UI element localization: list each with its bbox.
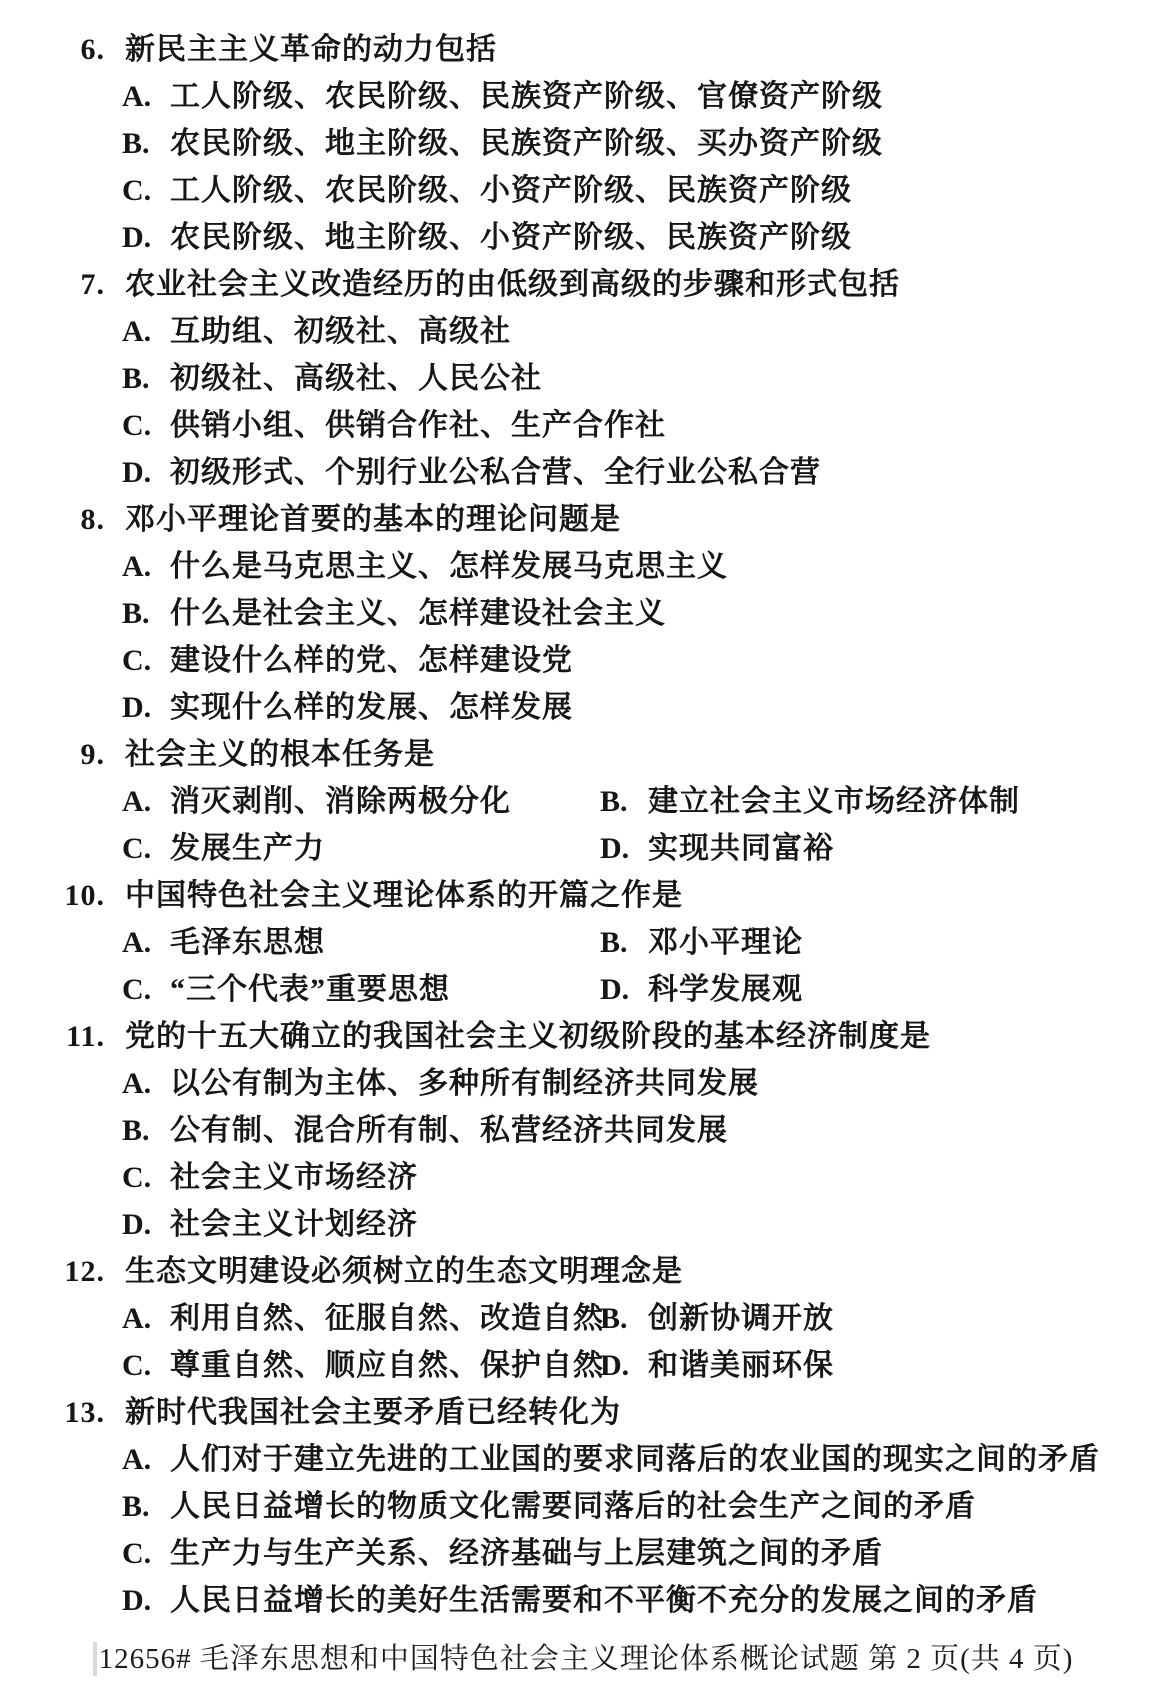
question-head-9: 9.社会主义的根本任务是	[0, 731, 1172, 778]
option-row: D.初级形式、个别行业公私合营、全行业公私合营	[0, 449, 1172, 496]
option-text: 人们对于建立先进的工业国的要求同落后的农业国的现实之间的矛盾	[170, 1443, 1100, 1476]
option-text: 创新协调开放	[648, 1302, 834, 1335]
option-label: D.	[122, 449, 156, 496]
option-row: C.社会主义市场经济	[0, 1154, 1172, 1201]
option-row: B.公有制、混合所有制、私营经济共同发展	[0, 1107, 1172, 1154]
question-10: 10.中国特色社会主义理论体系的开篇之作是A.毛泽东思想B.邓小平理论C.“三个…	[0, 872, 1172, 1013]
question-number: 9.	[40, 731, 105, 778]
option-10-C: C.“三个代表”重要思想	[122, 966, 600, 1013]
option-7-D: D.初级形式、个别行业公私合营、全行业公私合营	[122, 449, 821, 496]
option-label: D.	[122, 214, 156, 261]
page-footer: 12656# 毛泽东思想和中国特色社会主义理论体系概论试题 第 2 页(共 4 …	[0, 1636, 1172, 1677]
option-row: D.实现什么样的发展、怎样发展	[0, 684, 1172, 731]
option-6-C: C.工人阶级、农民阶级、小资产阶级、民族资产阶级	[122, 167, 852, 214]
option-text: 生产力与生产关系、经济基础与上层建筑之间的矛盾	[170, 1537, 883, 1570]
option-text: 建设什么样的党、怎样建设党	[170, 644, 573, 677]
question-head-6: 6.新民主主义革命的动力包括	[0, 26, 1172, 73]
option-row: C.供销小组、供销合作社、生产合作社	[0, 402, 1172, 449]
question-stem: 新民主主义革命的动力包括	[125, 33, 497, 66]
option-11-B: B.公有制、混合所有制、私营经济共同发展	[122, 1107, 728, 1154]
option-text: 什么是社会主义、怎样建设社会主义	[170, 597, 666, 630]
option-row: A.毛泽东思想B.邓小平理论	[0, 919, 1172, 966]
option-label: D.	[122, 1201, 156, 1248]
option-row: D.农民阶级、地主阶级、小资产阶级、民族资产阶级	[0, 214, 1172, 261]
option-10-D: D.科学发展观	[600, 966, 803, 1013]
footer-text: 12656# 毛泽东思想和中国特色社会主义理论体系概论试题 第 2 页(共 4 …	[99, 1643, 1074, 1675]
option-label: B.	[600, 1295, 634, 1342]
option-row: C.工人阶级、农民阶级、小资产阶级、民族资产阶级	[0, 167, 1172, 214]
option-label: C.	[122, 637, 156, 684]
option-text: 毛泽东思想	[170, 926, 325, 959]
question-number: 7.	[40, 261, 105, 308]
option-row: B.初级社、高级社、人民公社	[0, 355, 1172, 402]
option-text: 初级社、高级社、人民公社	[170, 362, 542, 395]
question-7: 7.农业社会主义改造经历的由低级到高级的步骤和形式包括A.互助组、初级社、高级社…	[0, 261, 1172, 496]
option-12-C: C.尊重自然、顺应自然、保护自然	[122, 1342, 600, 1389]
option-text: “三个代表”重要思想	[170, 973, 450, 1006]
option-text: 人民日益增长的美好生活需要和不平衡不充分的发展之间的矛盾	[170, 1584, 1038, 1617]
option-text: 尊重自然、顺应自然、保护自然	[170, 1349, 604, 1382]
option-13-A: A.人们对于建立先进的工业国的要求同落后的农业国的现实之间的矛盾	[122, 1436, 1100, 1483]
question-number: 8.	[40, 496, 105, 543]
option-text: 实现共同富裕	[648, 832, 834, 865]
option-label: A.	[122, 919, 156, 966]
option-label: B.	[600, 919, 634, 966]
option-label: A.	[122, 778, 156, 825]
option-11-C: C.社会主义市场经济	[122, 1154, 418, 1201]
scan-artifact	[93, 1642, 97, 1676]
option-label: B.	[122, 120, 156, 167]
option-label: C.	[122, 966, 156, 1013]
option-label: D.	[600, 825, 634, 872]
option-13-B: B.人民日益增长的物质文化需要同落后的社会生产之间的矛盾	[122, 1483, 976, 1530]
option-text: 农民阶级、地主阶级、民族资产阶级、买办资产阶级	[170, 127, 883, 160]
option-text: 利用自然、征服自然、改造自然	[170, 1302, 604, 1335]
option-label: C.	[122, 1530, 156, 1577]
option-text: 社会主义市场经济	[170, 1161, 418, 1194]
option-6-A: A.工人阶级、农民阶级、民族资产阶级、官僚资产阶级	[122, 73, 883, 120]
option-13-C: C.生产力与生产关系、经济基础与上层建筑之间的矛盾	[122, 1530, 883, 1577]
option-9-D: D.实现共同富裕	[600, 825, 834, 872]
question-head-12: 12.生态文明建设必须树立的生态文明理念是	[0, 1248, 1172, 1295]
option-row: A.利用自然、征服自然、改造自然B.创新协调开放	[0, 1295, 1172, 1342]
question-number: 11.	[40, 1013, 105, 1060]
option-text: 社会主义计划经济	[170, 1208, 418, 1241]
option-label: A.	[122, 543, 156, 590]
option-label: C.	[122, 825, 156, 872]
question-stem: 中国特色社会主义理论体系的开篇之作是	[125, 879, 683, 912]
question-stem: 社会主义的根本任务是	[125, 738, 435, 771]
option-8-A: A.什么是马克思主义、怎样发展马克思主义	[122, 543, 728, 590]
question-13: 13.新时代我国社会主要矛盾已经转化为A.人们对于建立先进的工业国的要求同落后的…	[0, 1389, 1172, 1624]
option-text: 初级形式、个别行业公私合营、全行业公私合营	[170, 456, 821, 489]
option-row: C.尊重自然、顺应自然、保护自然D.和谐美丽环保	[0, 1342, 1172, 1389]
question-9: 9.社会主义的根本任务是A.消灭剥削、消除两极分化B.建立社会主义市场经济体制C…	[0, 731, 1172, 872]
option-text: 公有制、混合所有制、私营经济共同发展	[170, 1114, 728, 1147]
question-stem: 党的十五大确立的我国社会主义初级阶段的基本经济制度是	[125, 1020, 931, 1053]
option-12-B: B.创新协调开放	[600, 1295, 834, 1342]
option-label: B.	[122, 1107, 156, 1154]
option-label: D.	[122, 684, 156, 731]
option-label: D.	[600, 1342, 634, 1389]
option-row: A.人们对于建立先进的工业国的要求同落后的农业国的现实之间的矛盾	[0, 1436, 1172, 1483]
option-text: 发展生产力	[170, 832, 325, 865]
option-row: C.建设什么样的党、怎样建设党	[0, 637, 1172, 684]
option-9-B: B.建立社会主义市场经济体制	[600, 778, 1020, 825]
option-7-B: B.初级社、高级社、人民公社	[122, 355, 542, 402]
option-row: D.人民日益增长的美好生活需要和不平衡不充分的发展之间的矛盾	[0, 1577, 1172, 1624]
question-stem: 生态文明建设必须树立的生态文明理念是	[125, 1255, 683, 1288]
question-head-8: 8.邓小平理论首要的基本的理论问题是	[0, 496, 1172, 543]
option-row: A.工人阶级、农民阶级、民族资产阶级、官僚资产阶级	[0, 73, 1172, 120]
option-12-D: D.和谐美丽环保	[600, 1342, 834, 1389]
option-7-A: A.互助组、初级社、高级社	[122, 308, 511, 355]
option-row: C.发展生产力D.实现共同富裕	[0, 825, 1172, 872]
option-10-A: A.毛泽东思想	[122, 919, 600, 966]
option-label: B.	[122, 355, 156, 402]
option-label: C.	[122, 1154, 156, 1201]
option-label: C.	[122, 167, 156, 214]
question-list: 6.新民主主义革命的动力包括A.工人阶级、农民阶级、民族资产阶级、官僚资产阶级B…	[0, 0, 1172, 1624]
option-row: A.消灭剥削、消除两极分化B.建立社会主义市场经济体制	[0, 778, 1172, 825]
question-number: 6.	[40, 26, 105, 73]
question-head-11: 11.党的十五大确立的我国社会主义初级阶段的基本经济制度是	[0, 1013, 1172, 1060]
option-11-A: A.以公有制为主体、多种所有制经济共同发展	[122, 1060, 759, 1107]
question-head-7: 7.农业社会主义改造经历的由低级到高级的步骤和形式包括	[0, 261, 1172, 308]
question-stem: 农业社会主义改造经历的由低级到高级的步骤和形式包括	[125, 268, 900, 301]
option-6-B: B.农民阶级、地主阶级、民族资产阶级、买办资产阶级	[122, 120, 883, 167]
option-text: 以公有制为主体、多种所有制经济共同发展	[170, 1067, 759, 1100]
question-8: 8.邓小平理论首要的基本的理论问题是A.什么是马克思主义、怎样发展马克思主义B.…	[0, 496, 1172, 731]
option-label: A.	[122, 1060, 156, 1107]
option-label: D.	[600, 966, 634, 1013]
option-13-D: D.人民日益增长的美好生活需要和不平衡不充分的发展之间的矛盾	[122, 1577, 1038, 1624]
option-text: 互助组、初级社、高级社	[170, 315, 511, 348]
option-text: 工人阶级、农民阶级、民族资产阶级、官僚资产阶级	[170, 80, 883, 113]
option-label: C.	[122, 402, 156, 449]
option-8-C: C.建设什么样的党、怎样建设党	[122, 637, 573, 684]
option-text: 和谐美丽环保	[648, 1349, 834, 1382]
option-text: 工人阶级、农民阶级、小资产阶级、民族资产阶级	[170, 174, 852, 207]
option-text: 科学发展观	[648, 973, 803, 1006]
question-12: 12.生态文明建设必须树立的生态文明理念是A.利用自然、征服自然、改造自然B.创…	[0, 1248, 1172, 1389]
option-12-A: A.利用自然、征服自然、改造自然	[122, 1295, 600, 1342]
exam-page: 6.新民主主义革命的动力包括A.工人阶级、农民阶级、民族资产阶级、官僚资产阶级B…	[0, 0, 1172, 1707]
option-row: A.什么是马克思主义、怎样发展马克思主义	[0, 543, 1172, 590]
question-number: 13.	[40, 1389, 105, 1436]
option-row: B.农民阶级、地主阶级、民族资产阶级、买办资产阶级	[0, 120, 1172, 167]
option-6-D: D.农民阶级、地主阶级、小资产阶级、民族资产阶级	[122, 214, 852, 261]
option-9-C: C.发展生产力	[122, 825, 600, 872]
option-text: 农民阶级、地主阶级、小资产阶级、民族资产阶级	[170, 221, 852, 254]
option-text: 什么是马克思主义、怎样发展马克思主义	[170, 550, 728, 583]
option-label: A.	[122, 1436, 156, 1483]
option-label: B.	[600, 778, 634, 825]
option-text: 邓小平理论	[648, 926, 803, 959]
option-7-C: C.供销小组、供销合作社、生产合作社	[122, 402, 666, 449]
option-row: C.“三个代表”重要思想D.科学发展观	[0, 966, 1172, 1013]
option-row: B.什么是社会主义、怎样建设社会主义	[0, 590, 1172, 637]
option-text: 实现什么样的发展、怎样发展	[170, 691, 573, 724]
question-head-10: 10.中国特色社会主义理论体系的开篇之作是	[0, 872, 1172, 919]
option-row: A.互助组、初级社、高级社	[0, 308, 1172, 355]
question-6: 6.新民主主义革命的动力包括A.工人阶级、农民阶级、民族资产阶级、官僚资产阶级B…	[0, 26, 1172, 261]
option-row: A.以公有制为主体、多种所有制经济共同发展	[0, 1060, 1172, 1107]
option-text: 消灭剥削、消除两极分化	[170, 785, 511, 818]
option-row: D.社会主义计划经济	[0, 1201, 1172, 1248]
option-row: C.生产力与生产关系、经济基础与上层建筑之间的矛盾	[0, 1530, 1172, 1577]
option-label: B.	[122, 1483, 156, 1530]
question-11: 11.党的十五大确立的我国社会主义初级阶段的基本经济制度是A.以公有制为主体、多…	[0, 1013, 1172, 1248]
option-8-B: B.什么是社会主义、怎样建设社会主义	[122, 590, 666, 637]
option-10-B: B.邓小平理论	[600, 919, 803, 966]
question-stem: 邓小平理论首要的基本的理论问题是	[125, 503, 621, 536]
question-number: 10.	[40, 872, 105, 919]
option-label: A.	[122, 1295, 156, 1342]
option-11-D: D.社会主义计划经济	[122, 1201, 418, 1248]
question-stem: 新时代我国社会主要矛盾已经转化为	[125, 1396, 621, 1429]
option-label: A.	[122, 73, 156, 120]
option-label: B.	[122, 590, 156, 637]
option-label: C.	[122, 1342, 156, 1389]
option-text: 建立社会主义市场经济体制	[648, 785, 1020, 818]
option-9-A: A.消灭剥削、消除两极分化	[122, 778, 600, 825]
option-row: B.人民日益增长的物质文化需要同落后的社会生产之间的矛盾	[0, 1483, 1172, 1530]
question-number: 12.	[40, 1248, 105, 1295]
question-head-13: 13.新时代我国社会主要矛盾已经转化为	[0, 1389, 1172, 1436]
option-label: D.	[122, 1577, 156, 1624]
option-label: A.	[122, 308, 156, 355]
option-8-D: D.实现什么样的发展、怎样发展	[122, 684, 573, 731]
option-text: 供销小组、供销合作社、生产合作社	[170, 409, 666, 442]
option-text: 人民日益增长的物质文化需要同落后的社会生产之间的矛盾	[170, 1490, 976, 1523]
